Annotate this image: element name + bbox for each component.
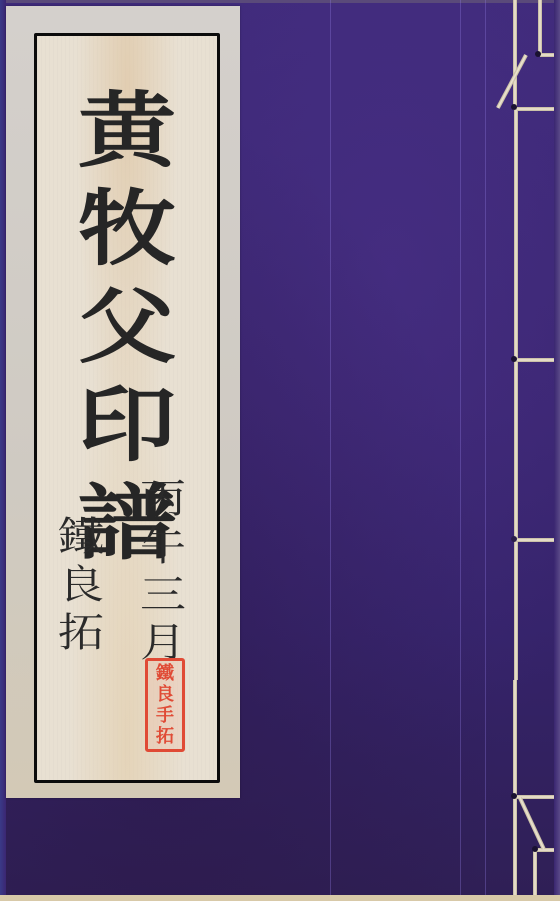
author-char: 鐵 [58, 514, 104, 562]
cover-crease [330, 0, 331, 901]
binding-thread [514, 110, 518, 360]
date-char: 午 [140, 524, 186, 572]
binding-thread-diagonal [518, 797, 545, 849]
book-cover: 黄 牧 父 印 譜 丙 午 三 月 鐵 良 拓 鐵 良 手 拓 [0, 0, 560, 901]
author-char: 良 [58, 562, 104, 610]
binding-hole [511, 536, 517, 542]
binding-hole [535, 51, 541, 57]
binding-hole [511, 104, 517, 110]
date-char: 丙 [140, 476, 186, 524]
binding-hole [532, 846, 538, 852]
author-char: 拓 [58, 610, 104, 658]
binding-thread [514, 360, 518, 680]
seal-char: 拓 [156, 727, 174, 747]
title-slip-backing: 黄 牧 父 印 譜 丙 午 三 月 鐵 良 拓 鐵 良 手 拓 [6, 6, 240, 798]
seal-char: 良 [156, 685, 174, 705]
cover-crease [485, 0, 486, 901]
title-char: 印 [78, 380, 176, 478]
binding-thread [513, 680, 517, 901]
seal-char: 手 [156, 706, 174, 726]
cover-crease [460, 0, 461, 901]
seal-char: 鐵 [156, 664, 174, 684]
binding-thread [513, 0, 517, 110]
title-slip: 黄 牧 父 印 譜 丙 午 三 月 鐵 良 拓 鐵 良 手 拓 [34, 33, 220, 783]
binding-thread-diagonal [496, 54, 528, 109]
cover-top-edge [0, 0, 560, 3]
binding-thread [538, 0, 542, 55]
cover-right-edge [554, 0, 560, 901]
book-title: 黄 牧 父 印 譜 [37, 86, 217, 576]
cover-bottom-edge [0, 895, 560, 901]
binding-hole [511, 793, 517, 799]
red-seal-stamp: 鐵 良 手 拓 [145, 658, 185, 752]
title-char: 黄 [78, 86, 176, 184]
date-inscription: 丙 午 三 月 [143, 476, 183, 668]
binding-thread [533, 850, 537, 901]
binding-hole [511, 356, 517, 362]
title-char: 父 [78, 282, 176, 380]
date-char: 三 [140, 572, 186, 620]
title-char: 牧 [78, 184, 176, 282]
author-inscription: 鐵 良 拓 [61, 514, 101, 658]
